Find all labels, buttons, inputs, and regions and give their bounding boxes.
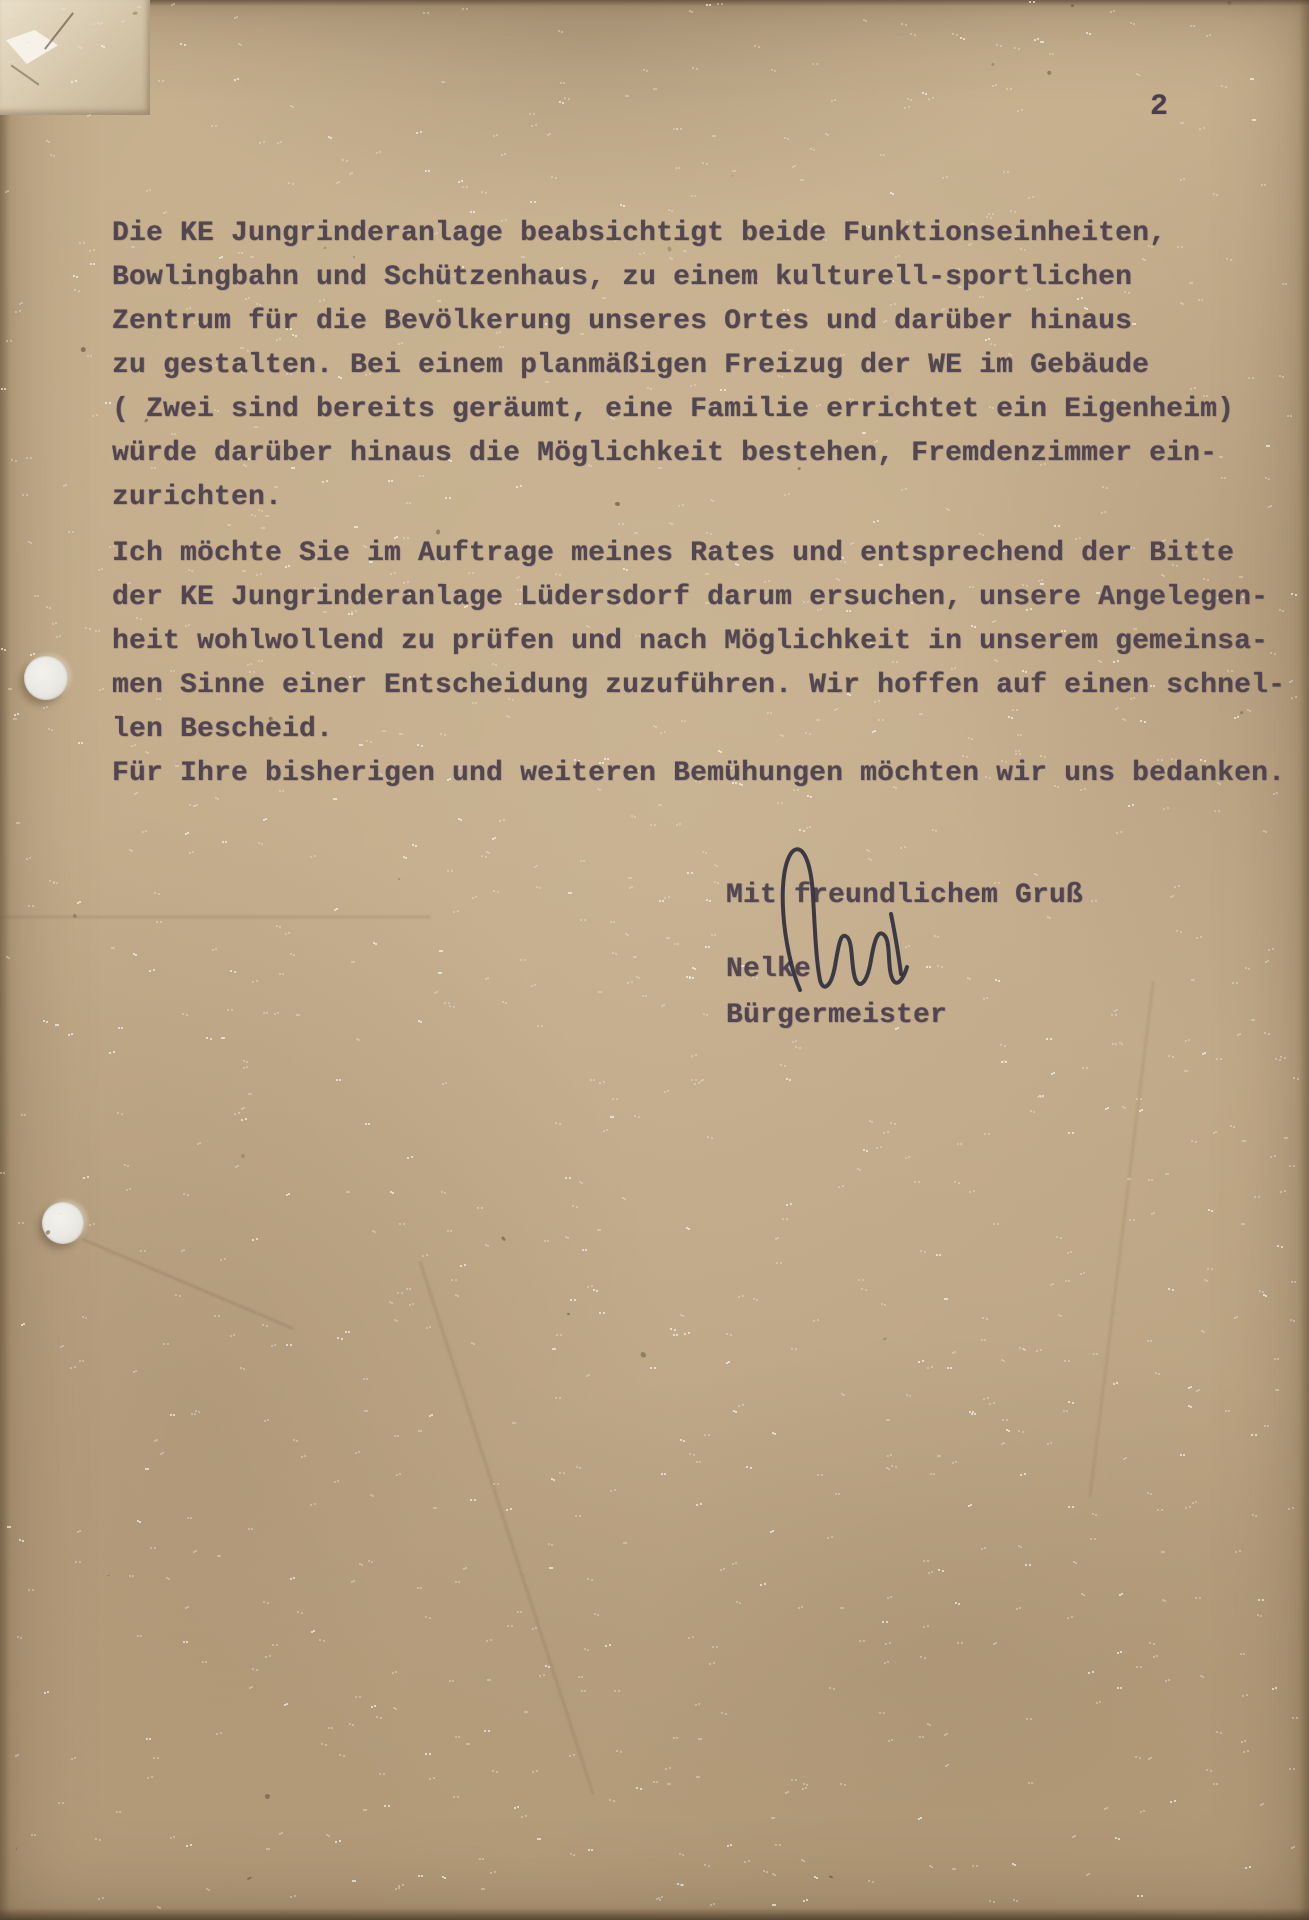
typed-line: zurichten. bbox=[112, 476, 1234, 520]
letter-paragraph-1: Die KE Jungrinderanlage beabsichtigt bei… bbox=[112, 212, 1234, 520]
typed-line: zu gestalten. Bei einem planmäßigen Frei… bbox=[112, 344, 1234, 388]
signer-name: Nelke bbox=[726, 948, 811, 992]
page-number: 2 bbox=[1150, 92, 1168, 122]
typed-line: Zentrum für die Bevölkerung unseres Orte… bbox=[112, 300, 1234, 344]
closing-salutation: Mit freundlichem Gruß bbox=[726, 874, 1083, 918]
typed-line: Die KE Jungrinderanlage beabsichtigt bei… bbox=[112, 212, 1234, 256]
letter-paragraph-2: Ich möchte Sie im Auftrage meines Rates … bbox=[112, 532, 1285, 796]
typed-line: heit wohlwollend zu prüfen und nach Mögl… bbox=[112, 620, 1285, 664]
typed-line: Für Ihre bisherigen und weiteren Bemühun… bbox=[112, 752, 1285, 796]
typed-line: ( Zwei sind bereits geräumt, eine Famili… bbox=[112, 388, 1234, 432]
typed-line: Bowlingbahn und Schützenhaus, zu einem k… bbox=[112, 256, 1234, 300]
typed-line: men Sinne einer Entscheidung zuzuführen.… bbox=[112, 664, 1285, 708]
typed-line: len Bescheid. bbox=[112, 708, 1285, 752]
scanned-letter-page: 2 Die KE Jungrinderanlage beabsichtigt b… bbox=[0, 0, 1309, 1920]
signer-title: Bürgermeister bbox=[726, 994, 947, 1038]
typed-line: Ich möchte Sie im Auftrage meines Rates … bbox=[112, 532, 1285, 576]
typed-line: würde darüber hinaus die Möglichkeit bes… bbox=[112, 432, 1234, 476]
typed-line: der KE Jungrinderanlage Lüdersdorf darum… bbox=[112, 576, 1285, 620]
